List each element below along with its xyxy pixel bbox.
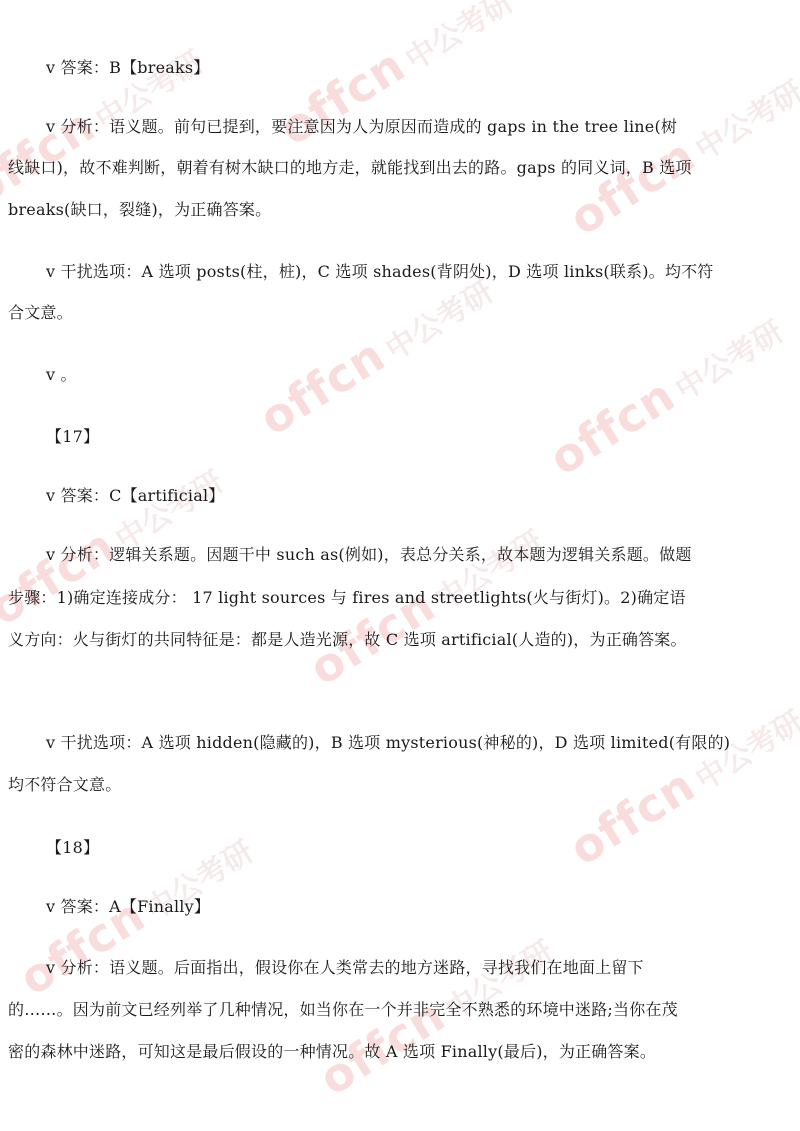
- q18-analysis-line-1: v 分析：语义题。后面指出，假设你在人类常去的地方迷路，寻找我们在地面上留下: [46, 958, 800, 978]
- watermark: offcn中公考研: [540, 301, 791, 486]
- q17-distractors-line-2: 均不符合文意。: [8, 775, 800, 795]
- q16-answer: v 答案：B【breaks】: [46, 58, 800, 78]
- watermark: offcn中公考研: [0, 451, 231, 636]
- q16-distractors-line-2: 合文意。: [8, 303, 800, 323]
- q16-analysis-line-1: v 分析：语义题。前句已提到，要注意因为人为原因而造成的 gaps in the…: [46, 117, 800, 137]
- q17-analysis-line-1: v 分析：逻辑关系题。因题干中 such as(例如)，表总分关系，故本题为逻辑…: [46, 545, 800, 565]
- q18-number: 【18】: [46, 838, 800, 858]
- q17-distractors-line-1: v 干扰选项：A 选项 hidden(隐藏的)，B 选项 mysterious(…: [46, 733, 800, 753]
- q16-analysis-line-3: breaks(缺口，裂缝)，为正确答案。: [8, 200, 800, 220]
- q18-answer: v 答案：A【Finally】: [46, 897, 800, 917]
- q16-note: v 。: [46, 365, 800, 385]
- q17-answer: v 答案：C【artificial】: [46, 486, 800, 506]
- q16-analysis-line-2: 线缺口)，故不难判断，朝着有树木缺口的地方走，就能找到出去的路。gaps 的同义…: [8, 158, 800, 178]
- q17-analysis-line-2: 步骤：1)确定连接成分： 17 light sources 与 fires an…: [8, 588, 800, 608]
- q18-analysis-line-2: 的……。因为前文已经列举了几种情况，如当你在一个并非完全不熟悉的环境中迷路;当你…: [8, 1000, 800, 1020]
- q16-distractors-line-1: v 干扰选项：A 选项 posts(柱，桩)，C 选项 shades(背阴处)，…: [46, 262, 800, 282]
- q17-analysis-line-3: 义方向：火与街灯的共同特征是：都是人造光源，故 C 选项 artificial(…: [8, 630, 800, 650]
- q18-analysis-line-3: 密的森林中迷路，可知这是最后假设的一种情况。故 A 选项 Finally(最后)…: [8, 1042, 800, 1062]
- q17-number: 【17】: [46, 427, 800, 447]
- watermark: offcn中公考研: [250, 261, 501, 446]
